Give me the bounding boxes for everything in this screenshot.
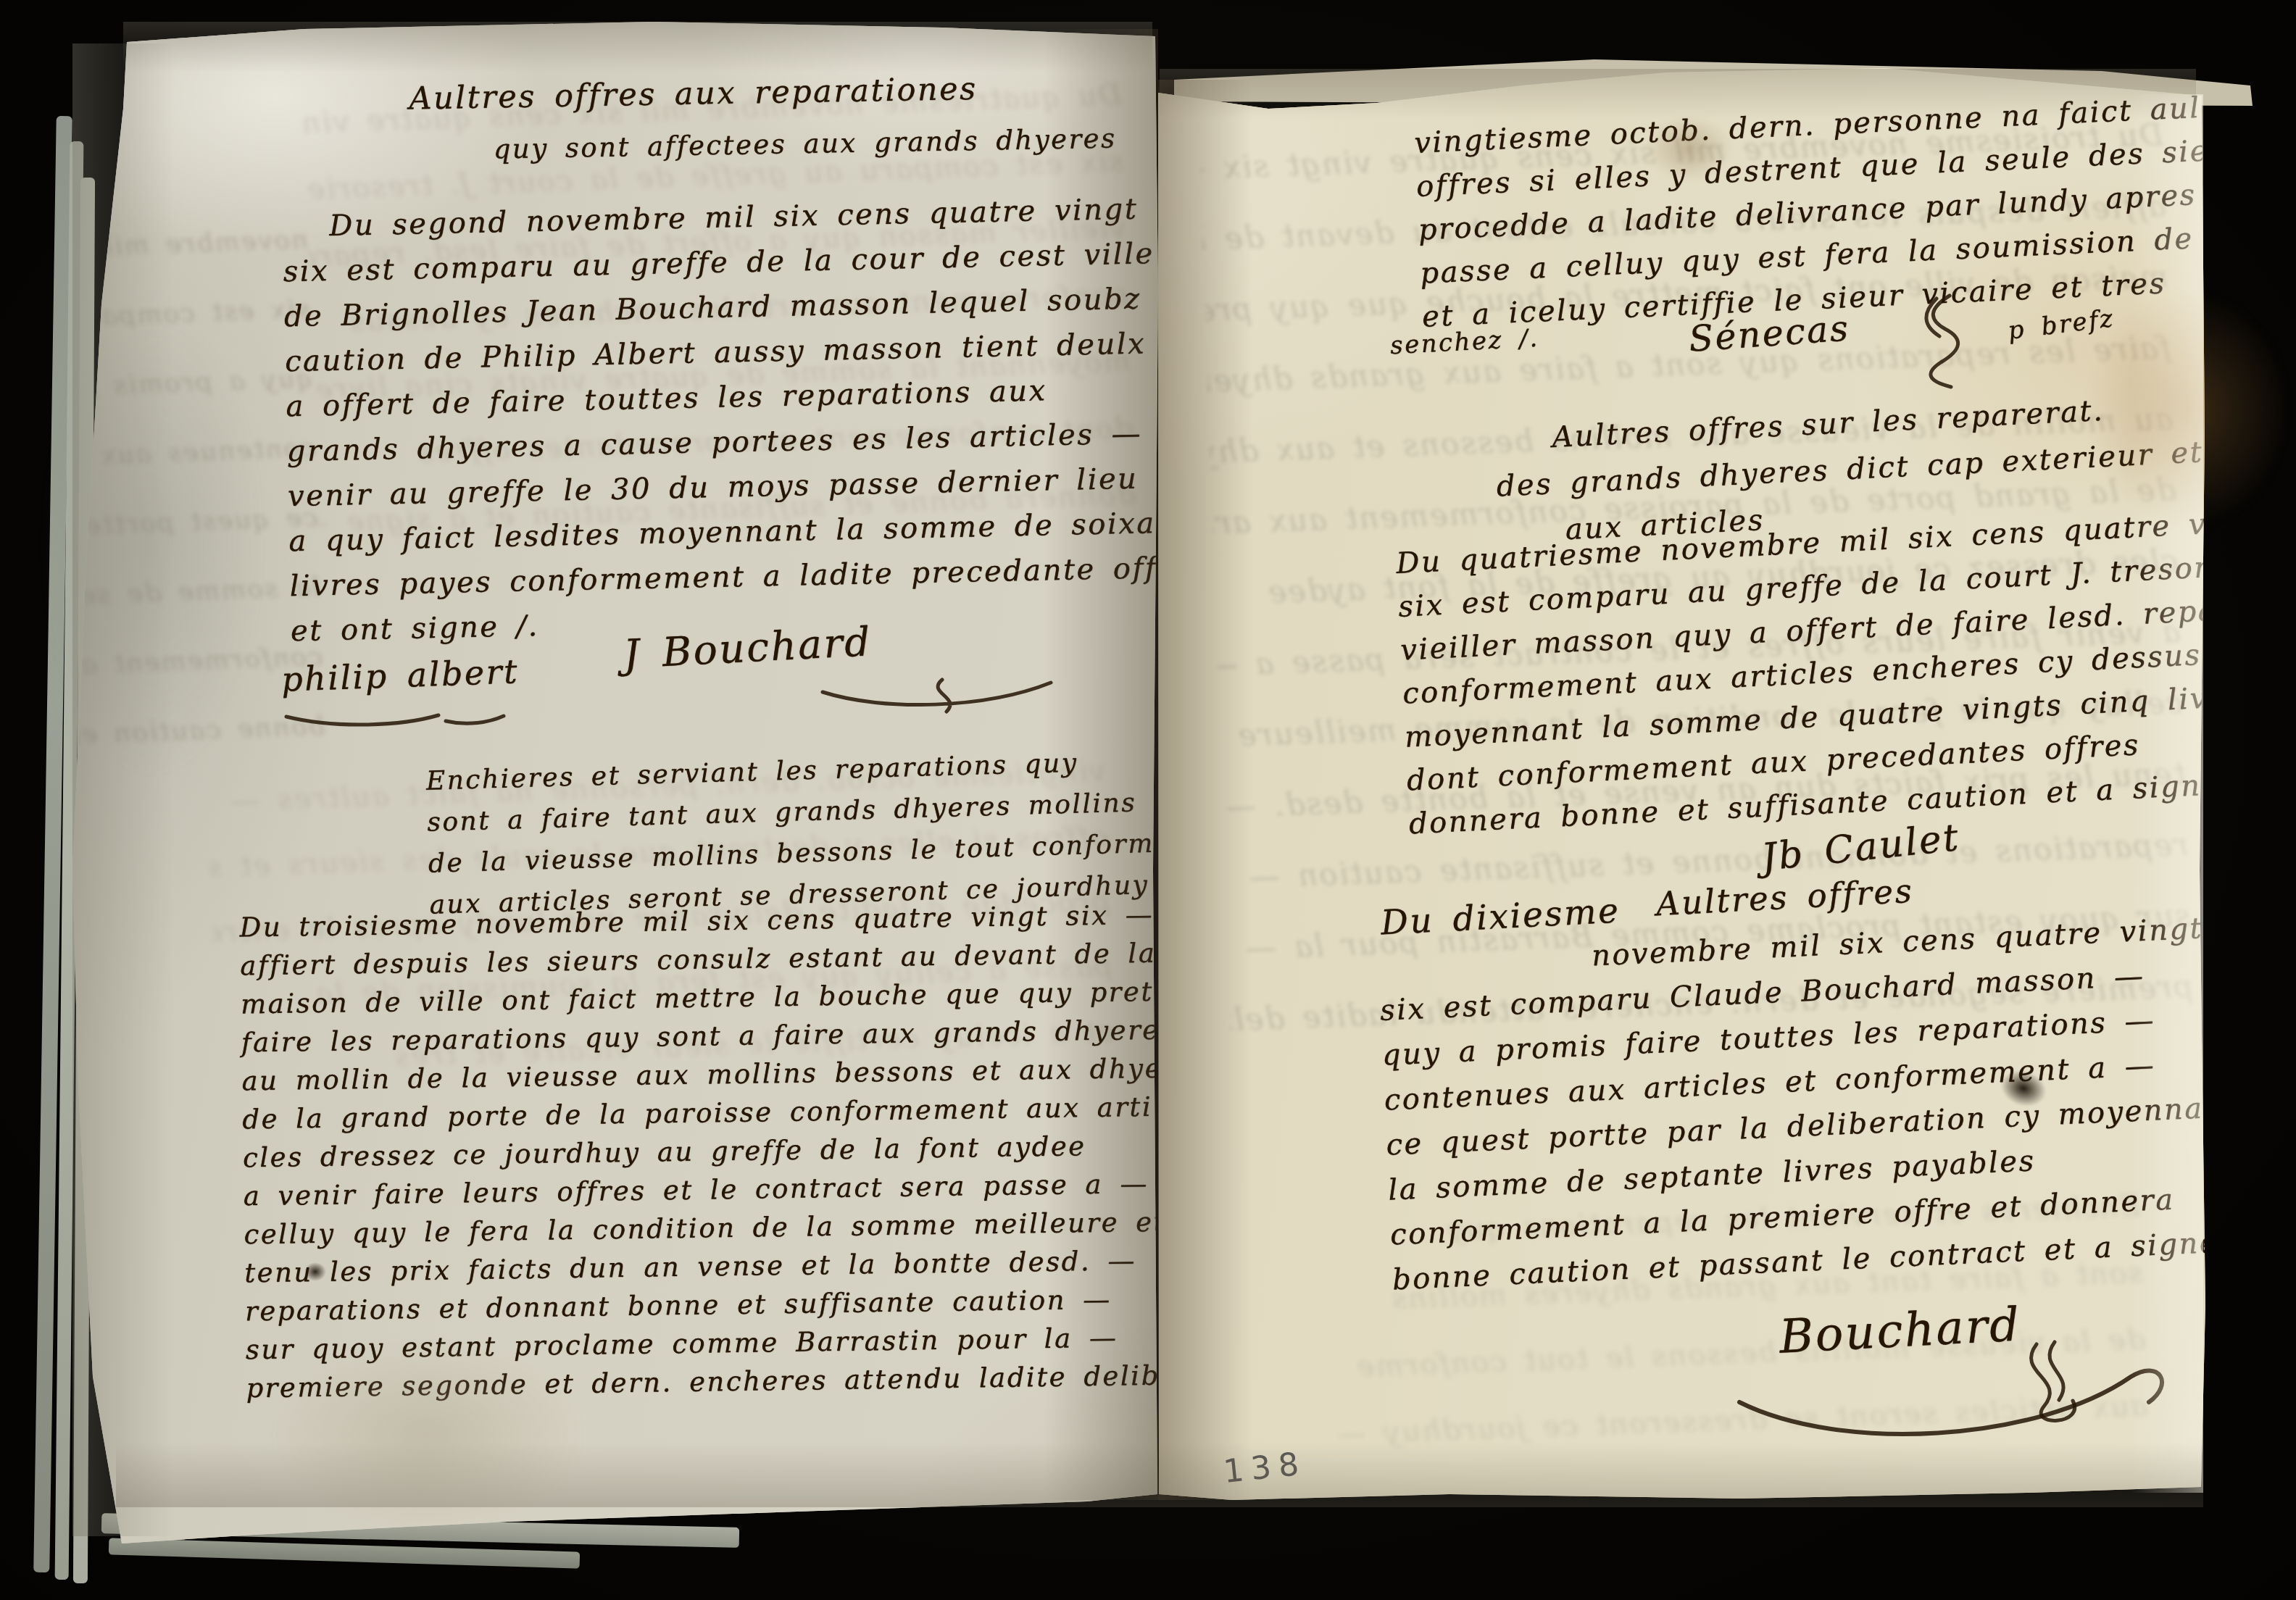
right-page-entry-continuation: vingtiesme octob. dern. personne na faic…	[1413, 77, 2296, 338]
manuscript-photo: novembre mil six cens quatre vingtsix es…	[0, 0, 2296, 1600]
right-page-entry-10-november: novembre mil six cens quatre vingtsix es…	[1377, 905, 2245, 1303]
signature-paraph	[1899, 290, 1993, 399]
signature-philip-albert: philip albert	[280, 651, 520, 699]
left-page-entry-2-november: Du segond novembre mil six cens quatre v…	[282, 184, 1278, 654]
signature-flourish	[1725, 1333, 2189, 1471]
right-page-margin-word: senchez /.	[1389, 324, 1539, 361]
right-page-entry-4-november: Du quatriesme novembre mil six cens quat…	[1395, 496, 2296, 846]
signature-paraph	[819, 674, 1058, 717]
right-page-heading-aultre-offre: Aultres offres	[1655, 872, 1914, 924]
signature-underline	[283, 707, 507, 736]
left-page-heading: Aultres offres aux reparationesquy sont …	[409, 61, 1117, 178]
pencil-folio-number: 138	[1222, 1445, 1308, 1491]
